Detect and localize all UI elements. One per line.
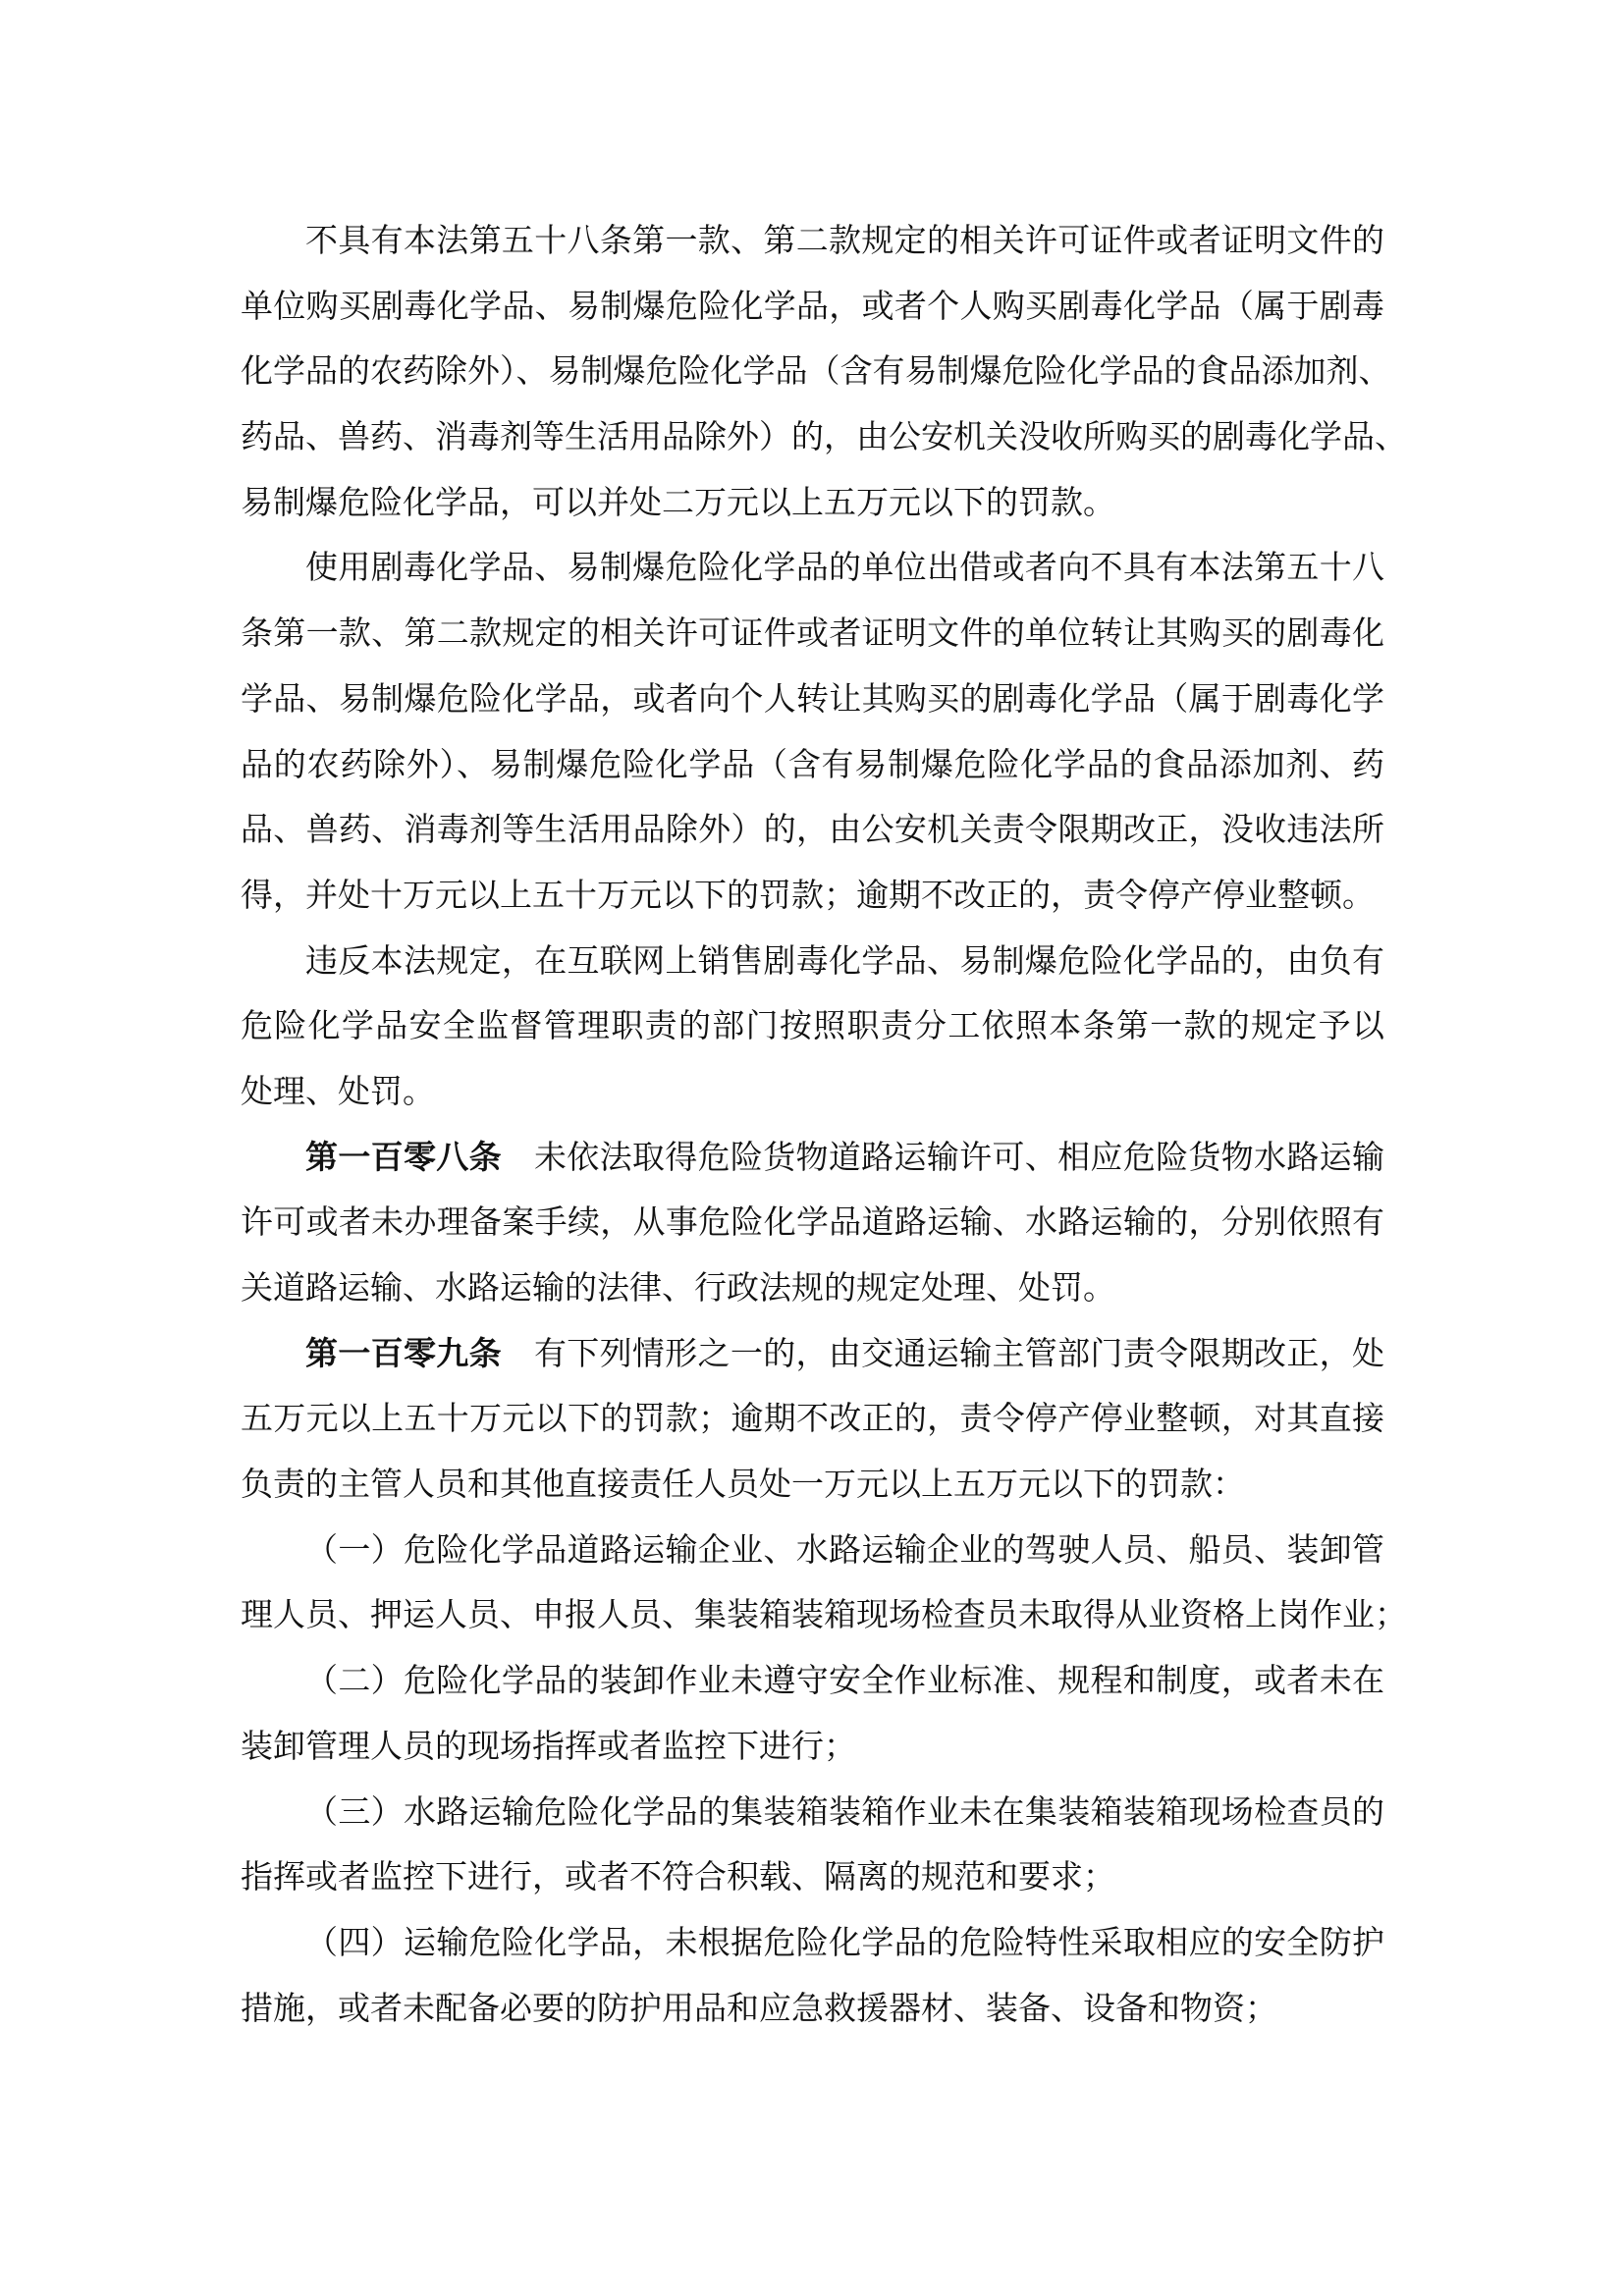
text-line: 第一百零八条未依法取得危险货物道路运输许可、相应危险货物水路运输 (241, 1125, 1384, 1191)
text-line: （一）危险化学品道路运输企业、水路运输企业的驾驶人员、船员、装卸管 (241, 1518, 1384, 1583)
text-line: 理人员、押运人员、申报人员、集装箱装箱现场检查员未取得从业资格上岗作业； (241, 1582, 1384, 1648)
text-line: 单位购买剧毒化学品、易制爆危险化学品，或者个人购买剧毒化学品（属于剧毒 (241, 274, 1384, 340)
text-line: （三）水路运输危险化学品的集装箱装箱作业未在集装箱装箱现场检查员的 (241, 1780, 1384, 1845)
text-line: 条第一款、第二款规定的相关许可证件或者证明文件的单位转让其购买的剧毒化 (241, 601, 1384, 667)
text-line: 品的农药除外）、易制爆危险化学品（含有易制爆危险化学品的食品添加剂、药 (241, 732, 1384, 798)
text-line: 易制爆危险化学品，可以并处二万元以上五万元以下的罚款。 (241, 470, 1384, 536)
text-line: 使用剧毒化学品、易制爆危险化学品的单位出借或者向不具有本法第五十八 (241, 535, 1384, 601)
text-line: 药品、兽药、消毒剂等生活用品除外）的，由公安机关没收所购买的剧毒化学品、 (241, 404, 1384, 470)
article-109: 第一百零九条有下列情形之一的，由交通运输主管部门责令限期改正，处 五万元以上五十… (241, 1321, 1384, 1518)
text-line: 指挥或者监控下进行，或者不符合积载、隔离的规范和要求； (241, 1844, 1384, 1910)
article-108: 第一百零八条未依法取得危险货物道路运输许可、相应危险货物水路运输 许可或者未办理… (241, 1125, 1384, 1321)
paragraph-purchase-without-permit: 不具有本法第五十八条第一款、第二款规定的相关许可证件或者证明文件的 单位购买剧毒… (241, 208, 1384, 535)
text-line: 危险化学品安全监督管理职责的部门按照职责分工依照本条第一款的规定予以 (241, 993, 1384, 1059)
text-line: 第一百零九条有下列情形之一的，由交通运输主管部门责令限期改正，处 (241, 1321, 1384, 1387)
text-line: 不具有本法第五十八条第一款、第二款规定的相关许可证件或者证明文件的 (241, 208, 1384, 274)
list-item-4: （四）运输危险化学品，未根据危险化学品的危险特性采取相应的安全防护 措施，或者未… (241, 1910, 1384, 2041)
text-line: 关道路运输、水路运输的法律、行政法规的规定处理、处罚。 (241, 1255, 1384, 1321)
text-line: 负责的主管人员和其他直接责任人员处一万元以上五万元以下的罚款： (241, 1452, 1384, 1518)
paragraph-lending-transfer: 使用剧毒化学品、易制爆危险化学品的单位出借或者向不具有本法第五十八 条第一款、第… (241, 535, 1384, 928)
text-line: 处理、处罚。 (241, 1059, 1384, 1125)
text-line: （二）危险化学品的装卸作业未遵守安全作业标准、规程和制度，或者未在 (241, 1648, 1384, 1714)
article-text: 未依法取得危险货物道路运输许可、相应危险货物水路运输 (534, 1138, 1384, 1176)
article-text: 有下列情形之一的，由交通运输主管部门责令限期改正，处 (534, 1334, 1384, 1372)
list-item-1: （一）危险化学品道路运输企业、水路运输企业的驾驶人员、船员、装卸管 理人员、押运… (241, 1518, 1384, 1648)
text-line: 措施，或者未配备必要的防护用品和应急救援器材、装备、设备和物资； (241, 1976, 1384, 2042)
text-line: 许可或者未办理备案手续，从事危险化学品道路运输、水路运输的，分别依照有 (241, 1190, 1384, 1255)
text-line: 装卸管理人员的现场指挥或者监控下进行； (241, 1714, 1384, 1780)
document-page: 不具有本法第五十八条第一款、第二款规定的相关许可证件或者证明文件的 单位购买剧毒… (241, 208, 1384, 2041)
text-line: 得，并处十万元以上五十万元以下的罚款；逾期不改正的，责令停产停业整顿。 (241, 863, 1384, 929)
list-item-3: （三）水路运输危险化学品的集装箱装箱作业未在集装箱装箱现场检查员的 指挥或者监控… (241, 1780, 1384, 1910)
list-item-2: （二）危险化学品的装卸作业未遵守安全作业标准、规程和制度，或者未在 装卸管理人员… (241, 1648, 1384, 1779)
text-line: 化学品的农药除外）、易制爆危险化学品（含有易制爆危险化学品的食品添加剂、 (241, 339, 1384, 404)
text-line: 品、兽药、消毒剂等生活用品除外）的，由公安机关责令限期改正，没收违法所 (241, 797, 1384, 863)
article-number: 第一百零八条 (305, 1138, 502, 1176)
article-number: 第一百零九条 (305, 1334, 502, 1372)
text-line: 违反本法规定，在互联网上销售剧毒化学品、易制爆危险化学品的，由负有 (241, 929, 1384, 994)
paragraph-internet-sales: 违反本法规定，在互联网上销售剧毒化学品、易制爆危险化学品的，由负有 危险化学品安… (241, 929, 1384, 1125)
text-line: （四）运输危险化学品，未根据危险化学品的危险特性采取相应的安全防护 (241, 1910, 1384, 1976)
text-line: 学品、易制爆危险化学品，或者向个人转让其购买的剧毒化学品（属于剧毒化学 (241, 667, 1384, 732)
text-line: 五万元以上五十万元以下的罚款；逾期不改正的，责令停产停业整顿，对其直接 (241, 1386, 1384, 1452)
